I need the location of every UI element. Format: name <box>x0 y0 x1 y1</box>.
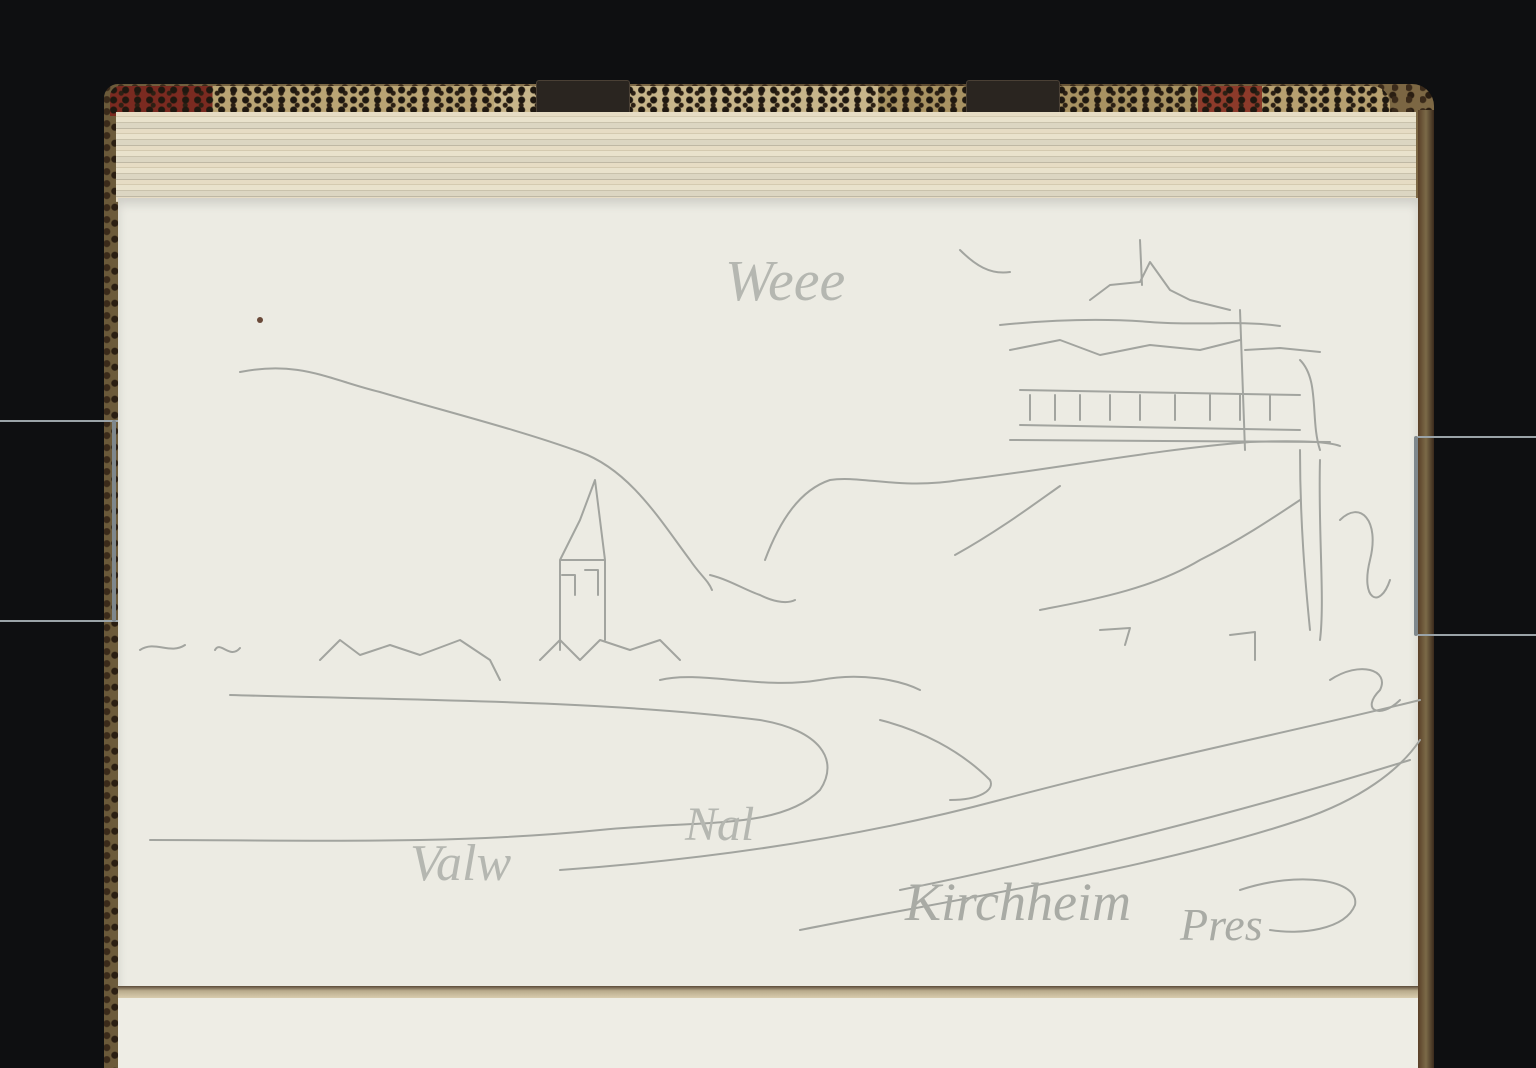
village-right <box>540 640 920 690</box>
river-lower-edge-2 <box>900 760 1410 890</box>
building-floors <box>1010 390 1330 442</box>
inscription-weee: Weee <box>725 248 845 313</box>
pencil-sketch: Weee Valw Nal Kirchheim Pres <box>0 0 1536 1068</box>
town-under-hill <box>710 575 795 602</box>
mid-hill-line <box>1040 500 1300 610</box>
arc-mark <box>960 250 1010 273</box>
river-detail <box>880 720 991 800</box>
tree-detail <box>1330 669 1400 711</box>
slope-line <box>955 486 1060 555</box>
sketchbook-photo: Weee Valw Nal Kirchheim Pres Pencil sket… <box>0 0 1536 1068</box>
village-left <box>140 640 500 680</box>
building-cornice <box>1010 340 1320 355</box>
right-hill-outline <box>765 441 1340 560</box>
inscription-pres: Pres <box>1179 899 1263 950</box>
church-tower <box>560 480 605 650</box>
building-spire <box>1140 240 1142 285</box>
inscription-valw: Valw <box>410 835 511 892</box>
inscription-kirchheim: Kirchheim <box>904 872 1131 932</box>
pencil-dot <box>257 317 263 323</box>
small-figures <box>1100 628 1255 660</box>
building-windows <box>1030 395 1270 420</box>
inscription-nal: Nal <box>684 798 754 851</box>
building-dome <box>1090 262 1230 310</box>
building-roof <box>1000 320 1280 326</box>
left-hill-outline <box>240 368 712 590</box>
trees-right <box>1300 450 1390 640</box>
